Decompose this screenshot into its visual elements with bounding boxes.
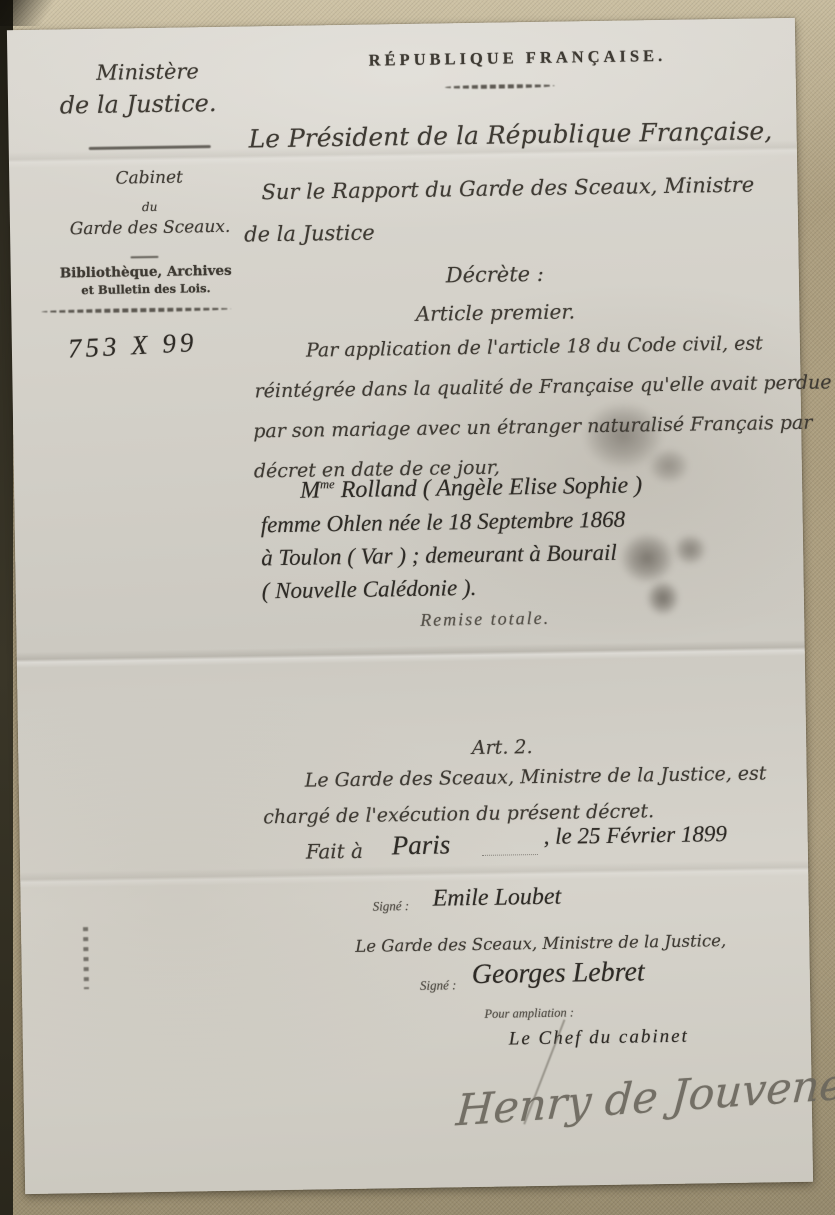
ink-blot (648, 448, 691, 485)
made-at-label: Fait à (306, 839, 364, 864)
preamble-report-line: Sur le Rapport du Garde des Sceaux, Mini… (261, 173, 754, 205)
article1-line2: réintégrée dans la qualité de Française … (254, 371, 831, 402)
republic-title: RÉPUBLIQUE FRANÇAISE. (257, 44, 777, 72)
article1-line1: Par application de l'article 18 du Code … (306, 332, 763, 361)
letterhead-cabinet-line3: Garde des Sceaux. (40, 216, 260, 239)
preamble-justice-line: de la Justice (244, 221, 375, 247)
beneficiary-residence-line: à Toulon ( Var ) ; demeurant à Bourail (261, 540, 617, 572)
decree-page: Ministère de la Justice. Cabinet du Gard… (7, 18, 813, 1194)
header-flourish (445, 84, 555, 90)
name-line1-rest: Rolland ( Angèle Elise Sophie ) (335, 472, 643, 503)
ampliation-label: Pour ampliation : (484, 1005, 574, 1021)
place-name: Paris (392, 829, 451, 861)
beneficiary-name-line: Mme Rolland ( Angèle Elise Sophie ) (300, 472, 642, 504)
letterhead-flourish-rule (89, 145, 211, 150)
letterhead-bureau-line1: Bibliothèque, Archives (31, 262, 261, 282)
beneficiary-territory-line: ( Nouvelle Calédonie ). (262, 575, 477, 604)
name-prefix: M (300, 477, 320, 503)
letterhead-ministry-line1: Ministère (67, 59, 227, 86)
date-gap-rule (482, 854, 538, 856)
decree-word: Décrète : (245, 259, 745, 291)
article2-line1: Le Garde des Sceaux, Ministre de la Just… (305, 762, 767, 791)
beneficiary-birth-line: femme Ohlen née le 18 Septembre 1868 (261, 507, 626, 539)
signed-label-minister: Signé : (420, 977, 457, 994)
chief-signature: Henry de Jouvenel. (454, 1058, 835, 1137)
photo-of-decree: Ministère de la Justice. Cabinet du Gard… (0, 0, 835, 1215)
letterhead-cabinet-line2: du (70, 199, 230, 216)
letterhead-small-rule (130, 256, 158, 258)
paper-fold-crease (17, 640, 805, 668)
article2-heading: Art. 2. (252, 733, 752, 763)
minister-title-line: Le Garde des Sceaux, Ministre de la Just… (355, 931, 726, 956)
remission-note: Remise totale. (420, 608, 550, 631)
ink-blot (646, 580, 681, 617)
letterhead-bottom-flourish (41, 307, 231, 314)
signed-label-president: Signé : (373, 898, 410, 915)
letterhead-cabinet-line1: Cabinet (69, 167, 229, 190)
president-signature: Emile Loubet (432, 884, 561, 913)
decree-date: , le 25 Février 1899 (543, 821, 727, 850)
registry-number: 753 X 99 (67, 327, 198, 365)
article1-heading: Article premier. (245, 297, 745, 329)
letterhead-bureau-line2: et Bulletin des Lois. (31, 280, 261, 298)
preamble-president-line: Le Président de la République Française, (248, 116, 772, 153)
name-prefix-superscript: me (320, 477, 335, 491)
letterhead-ministry-line2: de la Justice. (33, 89, 243, 120)
paper-crease (20, 860, 808, 888)
ink-blot (619, 532, 676, 585)
margin-stamp-mark (83, 927, 89, 989)
minister-signature: Georges Lebret (472, 956, 645, 991)
ink-blot (673, 533, 707, 566)
chief-title-line: Le Chef du cabinet (509, 1026, 689, 1051)
article1-line3: par son mariage avec un étranger natural… (253, 412, 812, 443)
mat-corner-shadow (0, 0, 60, 26)
